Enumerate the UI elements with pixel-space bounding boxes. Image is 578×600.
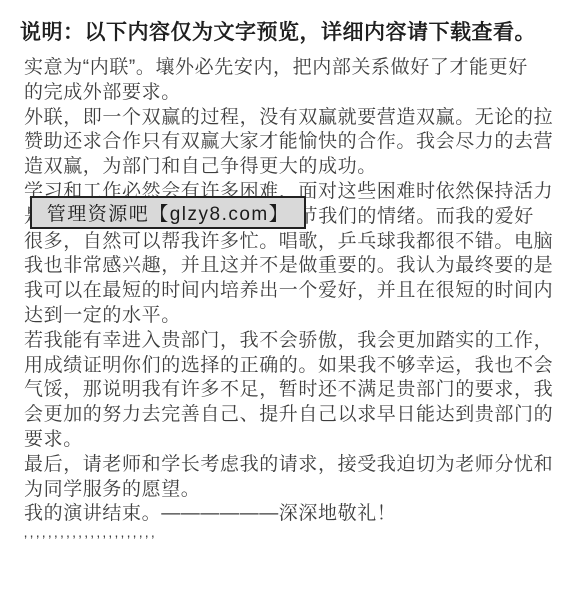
text-line: 造双赢，为部门和自己争得更大的成功。 — [24, 155, 564, 180]
text-line: 很多，自然可以帮我许多忙。唱歌，乒乓球我都很不错。电脑 — [24, 230, 564, 255]
text-line: 达到一定的水平。 — [24, 304, 564, 329]
text-line: 我可以在最短的时间内培养出一个爱好，并且在很短的时间内 — [24, 279, 564, 304]
text-line-fragment: 节我们的情绪。而我的爱好 — [299, 206, 534, 227]
text-line: 我也非常感兴趣，并且这并不是做重要的。我认为最终要的是 — [24, 254, 564, 279]
text-line: 我的演讲结束。——————深深地敬礼！ — [24, 502, 564, 527]
document-text-body: 实意为“内联”。壤外必先安内，把内部关系做好了才能更好的完成外部要求。外联，即一… — [24, 56, 564, 556]
text-line: 若我能有幸进入贵部门，我不会骄傲，我会更加踏实的工作， — [24, 329, 564, 354]
preview-page: 说明：以下内容仅为文字预览，详细内容请下载查看。 实意为“内联”。壤外必先安内，… — [0, 0, 578, 600]
text-line: 气馁，那说明我有许多不足，暂时还不满足贵部门的要求，我 — [24, 378, 564, 403]
text-line: 要求。 — [24, 428, 564, 453]
preview-notice-heading: 说明：以下内容仅为文字预览，详细内容请下载查看。 — [20, 16, 536, 46]
text-line: ’’’’’’’’’’’’’’’’’’’’’’ — [24, 527, 564, 556]
watermark-text: 管理资源吧【glzy8.com】 — [47, 199, 290, 226]
text-line: 外联，即一个双赢的过程，没有双赢就要营造双赢。无论的拉 — [24, 106, 564, 131]
text-line: 会更加的努力去完善自己、提升自己以求早日能达到贵部门的 — [24, 403, 564, 428]
text-line: 用成绩证明你们的选择的正确的。如果我不够幸运，我也不会 — [24, 354, 564, 379]
text-line: 的完成外部要求。 — [24, 81, 564, 106]
watermark-box: 管理资源吧【glzy8.com】 — [30, 196, 306, 229]
text-line: 最后，请老师和学长考虑我的请求，接受我迫切为老师分忧和 — [24, 453, 564, 478]
text-line: 赞助还求合作只有双赢大家才能愉快的合作。我会尽力的去营 — [24, 130, 564, 155]
text-line: 实意为“内联”。壤外必先安内，把内部关系做好了才能更好 — [24, 56, 564, 81]
text-line: 为同学服务的愿望。 — [24, 478, 564, 503]
